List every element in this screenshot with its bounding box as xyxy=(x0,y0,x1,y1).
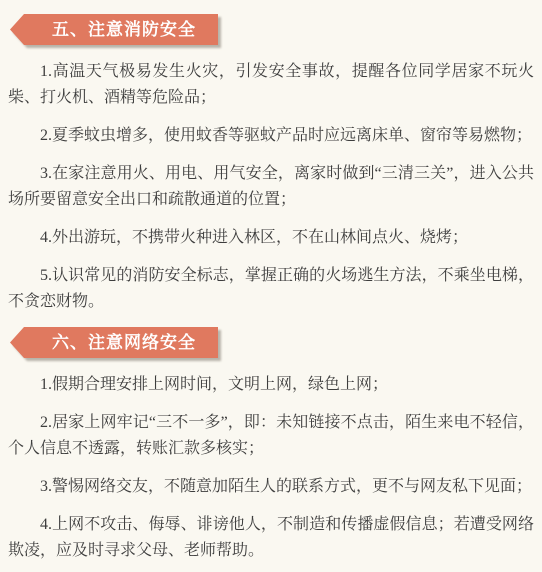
safety-notice-document: 五、注意消防安全 1.高温天气极易发生火灾，引发安全事故，提醒各位同学居家不玩火… xyxy=(8,14,534,564)
network-safety-banner: 六、注意网络安全 xyxy=(10,327,534,358)
ribbon-banner: 六、注意网络安全 xyxy=(10,327,218,358)
paragraph: 4.上网不攻击、侮辱、诽谤他人，不制造和传播虚假信息；若遭受网络欺凌，应及时寻求… xyxy=(8,512,534,564)
ribbon-banner: 五、注意消防安全 xyxy=(10,14,218,45)
section-network-safety: 六、注意网络安全 1.假期合理安排上网时间，文明上网，绿色上网； 2.居家上网牢… xyxy=(8,327,534,564)
paragraph: 2.居家上网牢记“三不一多”，即：未知链接不点击，陌生来电不轻信，个人信息不透露… xyxy=(8,410,534,462)
paragraph: 3.在家注意用火、用电、用气安全，离家时做到“三清三关”，进入公共场所要留意安全… xyxy=(8,161,534,213)
section-fire-safety: 五、注意消防安全 1.高温天气极易发生火灾，引发安全事故，提醒各位同学居家不玩火… xyxy=(8,14,534,315)
paragraph: 2.夏季蚊虫增多，使用蚊香等驱蚊产品时应远离床单、窗帘等易燃物； xyxy=(8,123,534,149)
section-heading: 五、注意消防安全 xyxy=(52,20,196,39)
paragraph: 4.外出游玩，不携带火种进入林区，不在山林间点火、烧烤； xyxy=(8,225,534,251)
paragraph: 3.警惕网络交友，不随意加陌生人的联系方式，更不与网友私下见面； xyxy=(8,474,534,500)
paragraph: 5.认识常见的消防安全标志，掌握正确的火场逃生方法，不乘坐电梯，不贪恋财物。 xyxy=(8,263,534,315)
paragraph: 1.假期合理安排上网时间，文明上网，绿色上网； xyxy=(8,372,534,398)
fire-safety-banner: 五、注意消防安全 xyxy=(10,14,534,45)
paragraph: 1.高温天气极易发生火灾，引发安全事故，提醒各位同学居家不玩火柴、打火机、酒精等… xyxy=(8,59,534,111)
section-heading: 六、注意网络安全 xyxy=(52,333,196,352)
